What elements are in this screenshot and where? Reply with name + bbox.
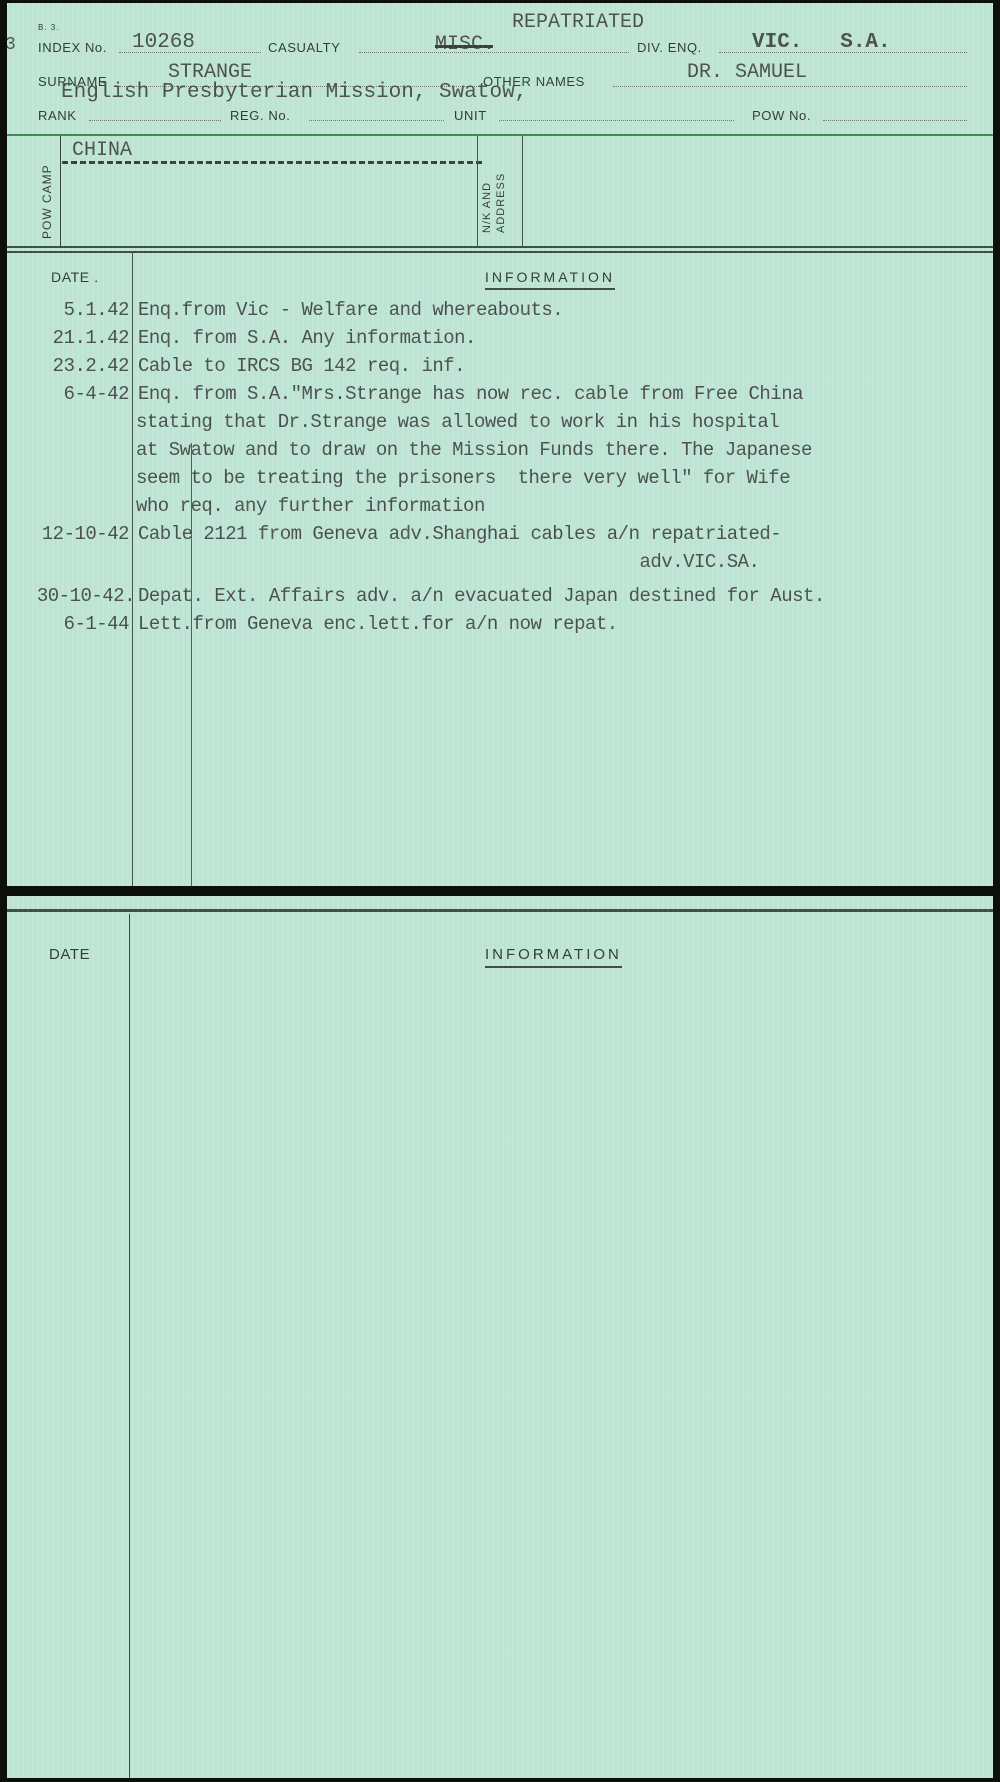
nk-address-divider-right	[522, 136, 523, 246]
entry-date: 30-10-42.	[37, 585, 135, 607]
nk-address-divider-left	[477, 136, 478, 246]
pow-camp-value: CHINA	[72, 139, 132, 162]
other-names-value: DR. SAMUEL	[687, 61, 807, 84]
casualty-strikethrough	[435, 45, 493, 48]
entry-text-line: Enq. from S.A."Mrs.Strange has now rec. …	[138, 383, 803, 405]
back-date-column-divider	[129, 914, 130, 1778]
back-date-header: DATE	[49, 946, 90, 963]
index-no-label: INDEX No.	[38, 40, 107, 55]
entry-text-line: at Swatow and to draw on the Mission Fun…	[136, 439, 812, 461]
unit-line	[499, 120, 734, 121]
entry-text-line: Depat. Ext. Affairs adv. a/n evacuated J…	[138, 585, 825, 607]
affiliation-typed: English Presbyterian Mission, Swatow,	[61, 81, 527, 104]
div-enq-label: DIV. ENQ.	[637, 40, 702, 55]
entry-date: 6-4-42	[64, 383, 129, 405]
back-information-header: INFORMATION	[485, 946, 622, 963]
entry-date: 23.2.42	[53, 355, 129, 377]
unit-label: UNIT	[454, 108, 487, 123]
index-no-value: 10268	[132, 31, 195, 54]
nk-address-label-2: ADDRESS	[495, 173, 508, 233]
index-card-front: 3 B. 3. INDEX No. 10268 CASUALTY MISC. R…	[7, 3, 993, 886]
pow-camp-divider	[60, 136, 61, 246]
section-rule-double-1	[7, 246, 993, 248]
nk-address-label-1: N/K AND	[481, 182, 494, 233]
pow-camp-label: POW CAMP	[40, 164, 54, 239]
entry-text-line: seem to be treating the prisoners there …	[136, 467, 790, 489]
section-rule-double-2	[7, 251, 993, 253]
form-code: B. 3.	[38, 23, 59, 32]
casualty-value: REPATRIATED	[512, 11, 644, 34]
entry-date: 12-10-42	[42, 523, 129, 545]
margin-mark: 3	[7, 35, 16, 55]
rank-label: RANK	[38, 108, 77, 123]
entry-text-line: Enq.from Vic - Welfare and whereabouts.	[138, 299, 563, 321]
index-card-back: DATE INFORMATION	[7, 896, 993, 1778]
entry-date: 21.1.42	[53, 327, 129, 349]
entry-text-line: Cable 2121 from Geneva adv.Shanghai cabl…	[138, 523, 781, 545]
pow-no-line	[823, 120, 967, 121]
date-header: DATE .	[51, 269, 99, 285]
entry-text-line: Lett.from Geneva enc.lett.for a/n now re…	[138, 613, 618, 635]
other-names-line	[613, 86, 967, 87]
casualty-label: CASUALTY	[268, 40, 340, 55]
rank-line	[89, 120, 221, 121]
entry-date: 6-1-44	[64, 613, 129, 635]
information-header: INFORMATION	[485, 269, 615, 285]
entry-text-line: stating that Dr.Strange was allowed to w…	[136, 411, 779, 433]
back-top-rule	[7, 909, 993, 912]
date-column-divider	[132, 253, 133, 886]
entry-text-line: Cable to IRCS BG 142 req. inf.	[138, 355, 465, 377]
entry-date: 5.1.42	[64, 299, 129, 321]
section-rule-top	[7, 134, 993, 136]
entry-text-line: adv.VIC.SA.	[138, 551, 759, 573]
entry-text-line: who req. any further information	[136, 495, 485, 517]
reg-no-line	[309, 120, 444, 121]
pow-camp-strikethrough	[62, 161, 482, 164]
div-enq-value: VIC. S.A.	[752, 31, 891, 54]
pow-no-label: POW No.	[752, 108, 811, 123]
entry-text-line: Enq. from S.A. Any information.	[138, 327, 476, 349]
reg-no-label: REG. No.	[230, 108, 290, 123]
